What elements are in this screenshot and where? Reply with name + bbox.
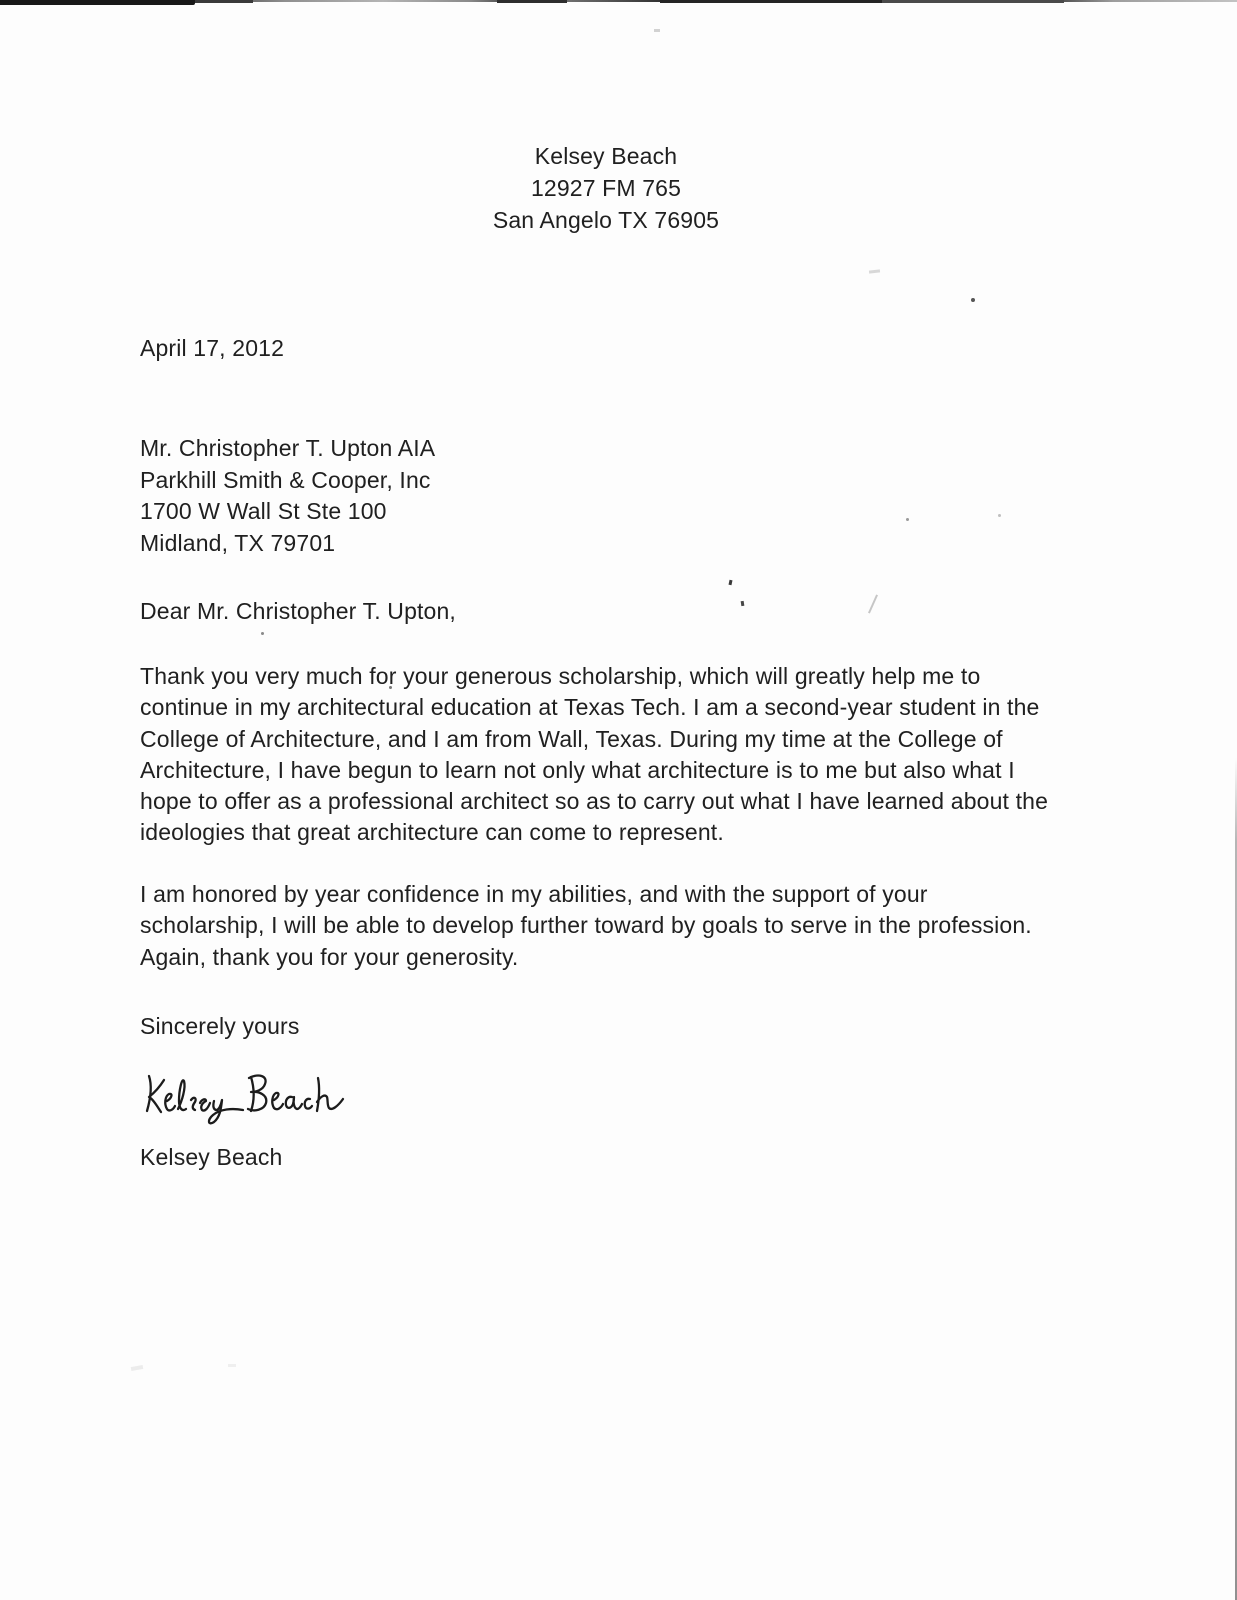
- recipient-street: 1700 W Wall St Ste 100: [140, 496, 435, 528]
- closing-valediction: Sincerely yours: [140, 1011, 299, 1042]
- scan-speck: [971, 298, 975, 302]
- scan-artifact-top-segment: [660, 0, 882, 3]
- body-line: College of Architecture, and I am from W…: [140, 724, 1100, 755]
- sender-street: 12927 FM 765: [0, 172, 1212, 204]
- body-line: ideologies that great architecture can c…: [140, 817, 1100, 848]
- scan-speck: [729, 580, 733, 586]
- scan-speck: [868, 594, 878, 613]
- scan-speck: [228, 1364, 236, 1367]
- scan-speck: [869, 269, 880, 273]
- body-line: Thank you very much for your generous sc…: [140, 661, 1100, 692]
- signature-handwritten: [140, 1064, 345, 1128]
- scan-speck: [998, 514, 1001, 517]
- scan-speck: [261, 632, 264, 635]
- scan-speck: [131, 1365, 144, 1371]
- scanned-letter-page: Kelsey Beach 12927 FM 765 San Angelo TX …: [0, 0, 1237, 1600]
- sender-city: San Angelo TX 76905: [0, 204, 1212, 236]
- scan-artifact-top-segment: [882, 0, 1064, 3]
- body-paragraph-2: I am honored by year confidence in my ab…: [140, 879, 1100, 973]
- recipient-city: Midland, TX 79701: [140, 528, 435, 560]
- scan-speck: [906, 518, 909, 521]
- letter-date: April 17, 2012: [140, 333, 284, 364]
- scan-speck: [741, 601, 745, 606]
- body-line: continue in my architectural education a…: [140, 692, 1100, 723]
- body-line: Again, thank you for your generosity.: [140, 942, 1100, 973]
- body-line: scholarship, I will be able to develop f…: [140, 910, 1100, 941]
- scan-artifact-top-segment: [0, 0, 195, 5]
- recipient-address-block: Mr. Christopher T. Upton AIA Parkhill Sm…: [140, 433, 435, 560]
- scan-artifact-top-segment: [195, 0, 253, 3]
- sender-name: Kelsey Beach: [0, 140, 1212, 172]
- body-line: hope to offer as a professional architec…: [140, 786, 1100, 817]
- scan-speck: [654, 29, 660, 32]
- body-paragraph-1: Thank you very much for your generous sc…: [140, 661, 1100, 849]
- body-line: Architecture, I have begun to learn not …: [140, 755, 1100, 786]
- recipient-company: Parkhill Smith & Cooper, Inc: [140, 465, 435, 497]
- typed-signature-name: Kelsey Beach: [140, 1142, 282, 1173]
- sender-address-block: Kelsey Beach 12927 FM 765 San Angelo TX …: [0, 140, 1212, 236]
- salutation: Dear Mr. Christopher T. Upton,: [140, 596, 456, 627]
- recipient-name: Mr. Christopher T. Upton AIA: [140, 433, 435, 465]
- scan-artifact-top-segment: [497, 0, 567, 3]
- body-line: I am honored by year confidence in my ab…: [140, 879, 1100, 910]
- signature-ink-icon: [140, 1064, 345, 1128]
